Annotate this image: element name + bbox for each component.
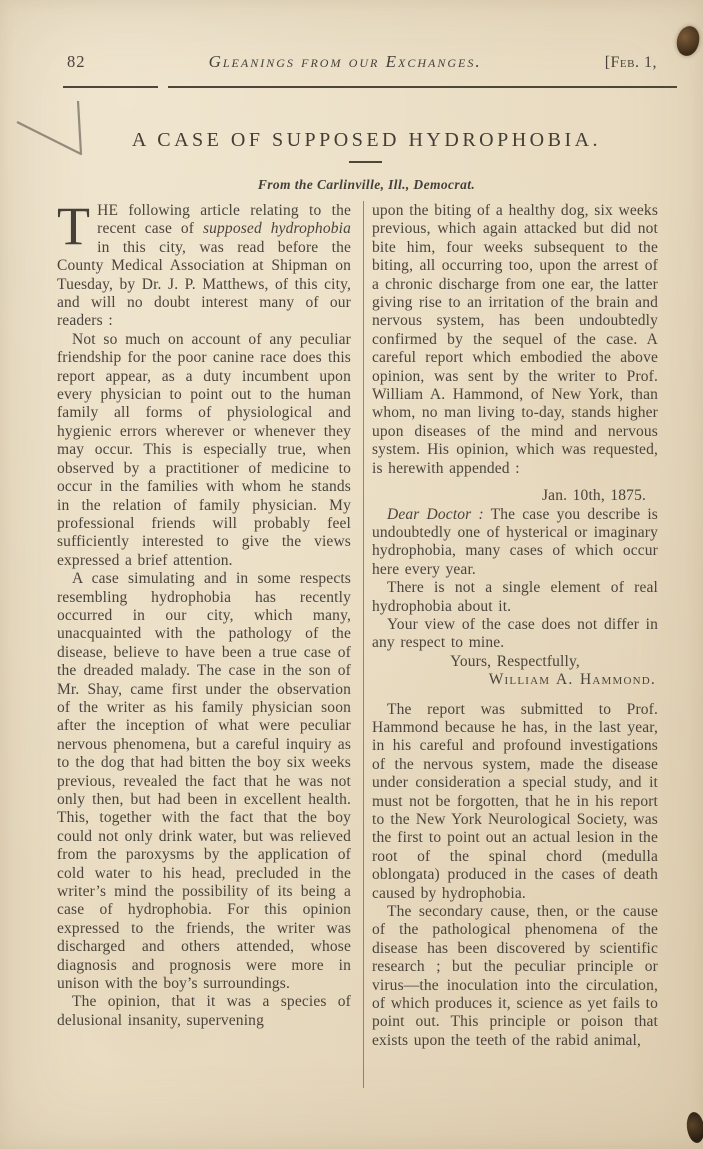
ink-spot-bottom-icon [685, 1111, 703, 1144]
title-divider-rule [349, 161, 382, 163]
text-segment: Not so much on account of any peculiar f… [57, 331, 351, 569]
text-segment: There is not a single element of real hy… [372, 579, 658, 614]
text-segment: Dear Doctor : [387, 506, 484, 523]
running-header: 82 Gleanings from our Exchanges. [Feb. 1… [55, 52, 657, 72]
left-column: THE following article relating to the re… [57, 202, 351, 1095]
article-body: THE following article relating to the re… [57, 202, 658, 1095]
article-title-block: A CASE OF SUPPOSED HYDROPHOBIA. [60, 129, 673, 152]
page-number: 82 [55, 52, 86, 72]
opening-paragraph: THE following article relating to the re… [57, 202, 351, 331]
ink-spot-top-icon [675, 24, 702, 57]
paragraph: upon the biting of a healthy dog, six we… [372, 202, 658, 478]
paragraph: Not so much on account of any peculiar f… [57, 331, 351, 570]
paragraph: Jan. 10th, 1875. [372, 487, 658, 505]
paragraph: Your view of the case does not differ in… [372, 616, 658, 653]
paragraph: The opinion, that it was a species of de… [57, 993, 351, 1030]
paragraph: There is not a single element of real hy… [372, 579, 658, 616]
text-segment: Jan. 10th, 1875. [542, 487, 646, 504]
issue-date: [Feb. 1, [605, 54, 657, 72]
text-segment: Your view of the case does not differ in… [372, 616, 658, 651]
header-rule-left [63, 86, 158, 88]
text-segment: The opinion, that it was a species of de… [57, 993, 351, 1028]
paragraph: William A. Hammond. [372, 671, 658, 689]
paragraph: Dear Doctor : The case you describe is u… [372, 506, 658, 580]
text-segment: A case simulating and in some respects r… [57, 570, 351, 992]
header-rule-main [168, 86, 677, 88]
text-segment: The secondary cause, then, or the cause … [372, 903, 658, 1049]
paragraph: Yours, Respectfully, [372, 653, 658, 671]
right-column: upon the biting of a healthy dog, six we… [372, 202, 658, 1095]
text-segment: in this city, was read before the County… [57, 239, 351, 330]
scanned-journal-page: 82 Gleanings from our Exchanges. [Feb. 1… [0, 0, 703, 1149]
text-segment: upon the biting of a healthy dog, six we… [372, 202, 658, 477]
text-segment: William A. Hammond. [489, 671, 656, 688]
article-title: A CASE OF SUPPOSED HYDROPHOBIA. [60, 129, 673, 152]
article-source-line: From the Carlinville, Ill., Democrat. [60, 177, 673, 193]
drop-cap-letter: T [57, 202, 97, 247]
text-segment: The report was submitted to Prof. Hammon… [372, 701, 658, 902]
text-segment: Yours, Respectfully, [450, 653, 580, 670]
paragraph: The secondary cause, then, or the cause … [372, 903, 658, 1050]
journal-section-title: Gleanings from our Exchanges. [209, 52, 482, 72]
text-segment: supposed hydrophobia [203, 220, 351, 237]
paragraph: A case simulating and in some respects r… [57, 570, 351, 993]
paragraph: The report was submitted to Prof. Hammon… [372, 701, 658, 903]
